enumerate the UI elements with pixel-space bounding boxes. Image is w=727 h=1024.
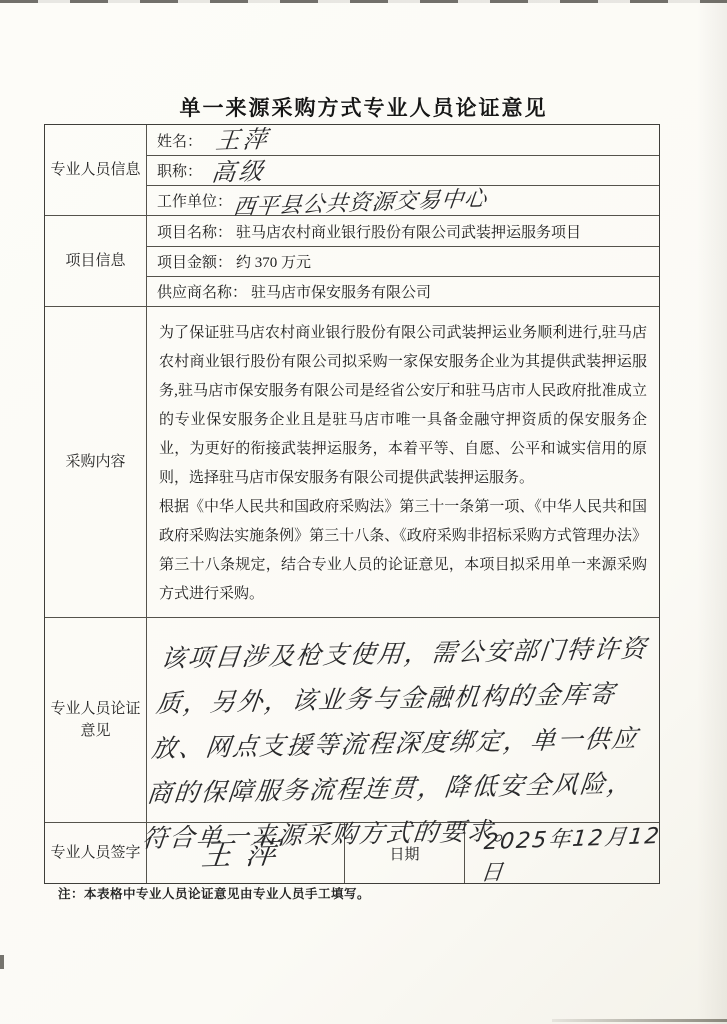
personnel-info-row: 专业人员信息 姓名： 王萍 职称： 高级 工作单位： 西平县公共资源交易中心 <box>45 125 659 215</box>
project-name-value: 驻马店农村商业银行股份有限公司武装押运服务项目 <box>236 221 581 242</box>
scan-right-shading <box>697 0 727 1024</box>
procurement-paragraph-2: 根据《中华人民共和国政府采购法》第三十一条第一项、《中华人民共和国政府采购法实施… <box>159 493 647 609</box>
expert-opinion-content: 该项目涉及枪支使用，需公安部门特许资质，另外，该业务与金融机构的金库寄放、网点支… <box>147 618 659 822</box>
project-info-label: 项目信息 <box>45 216 147 306</box>
supplier-name-value: 驻马店市保安服务有限公司 <box>251 281 431 302</box>
project-name-label: 项目名称： <box>157 221 232 242</box>
supplier-name-row: 供应商名称： 驻马店市保安服务有限公司 <box>147 276 659 306</box>
personnel-fields: 姓名： 王萍 职称： 高级 工作单位： 西平县公共资源交易中心 <box>147 125 659 215</box>
scan-left-mark-artifact <box>0 955 4 969</box>
name-field-row: 姓名： 王萍 <box>147 125 659 155</box>
personnel-info-label: 专业人员信息 <box>45 125 147 215</box>
work-unit-field-row: 工作单位： 西平县公共资源交易中心 <box>147 185 659 215</box>
supplier-name-label: 供应商名称： <box>157 281 247 302</box>
expert-opinion-row: 专业人员论证意见 该项目涉及枪支使用，需公安部门特许资质，另外，该业务与金融机构… <box>45 617 659 822</box>
name-handwritten-value: 王萍 <box>214 119 272 156</box>
scanned-document-page: 单一来源采购方式专业人员论证意见 专业人员信息 姓名： 王萍 职称： 高级 工作… <box>0 0 727 1024</box>
expert-opinion-label: 专业人员论证意见 <box>45 618 147 822</box>
signature-label: 专业人员签字 <box>45 823 147 883</box>
argumentation-form-table: 专业人员信息 姓名： 王萍 职称： 高级 工作单位： 西平县公共资源交易中心 项… <box>44 124 660 884</box>
signature-handwritten-name: 王萍 <box>199 827 292 874</box>
procurement-content-row: 采购内容 为了保证驻马店农村商业银行股份有限公司武装押运业务顺利进行,驻马店农村… <box>45 306 659 617</box>
name-field-label: 姓名： <box>157 130 202 151</box>
date-handwritten-value: 2025年12月12日 <box>479 819 662 887</box>
scan-top-edge-artifact <box>0 0 727 3</box>
procurement-content-label: 采购内容 <box>45 307 147 617</box>
document-title: 单一来源采购方式专业人员论证意见 <box>0 92 727 122</box>
job-title-handwritten-value: 高级 <box>210 151 268 188</box>
date-value-cell: 2025年12月12日 <box>465 823 659 883</box>
job-title-field-label: 职称： <box>157 160 202 181</box>
job-title-field-row: 职称： 高级 <box>147 155 659 185</box>
project-amount-value: 约 370 万元 <box>236 251 311 272</box>
scan-bottom-edge-artifact <box>552 1019 727 1022</box>
work-unit-field-label: 工作单位： <box>157 190 232 211</box>
project-amount-row: 项目金额： 约 370 万元 <box>147 246 659 276</box>
project-amount-label: 项目金额： <box>157 251 232 272</box>
procurement-paragraph-1: 为了保证驻马店农村商业银行股份有限公司武装押运业务顺利进行,驻马店农村商业银行股… <box>159 319 647 493</box>
footnote: 注：本表格中专业人员论证意见由专业人员手工填写。 <box>58 884 370 902</box>
project-name-row: 项目名称： 驻马店农村商业银行股份有限公司武装押运服务项目 <box>147 216 659 246</box>
project-fields: 项目名称： 驻马店农村商业银行股份有限公司武装押运服务项目 项目金额： 约 37… <box>147 216 659 306</box>
project-info-row: 项目信息 项目名称： 驻马店农村商业银行股份有限公司武装押运服务项目 项目金额：… <box>45 215 659 306</box>
procurement-content-text: 为了保证驻马店农村商业银行股份有限公司武装押运业务顺利进行,驻马店农村商业银行股… <box>147 307 659 617</box>
